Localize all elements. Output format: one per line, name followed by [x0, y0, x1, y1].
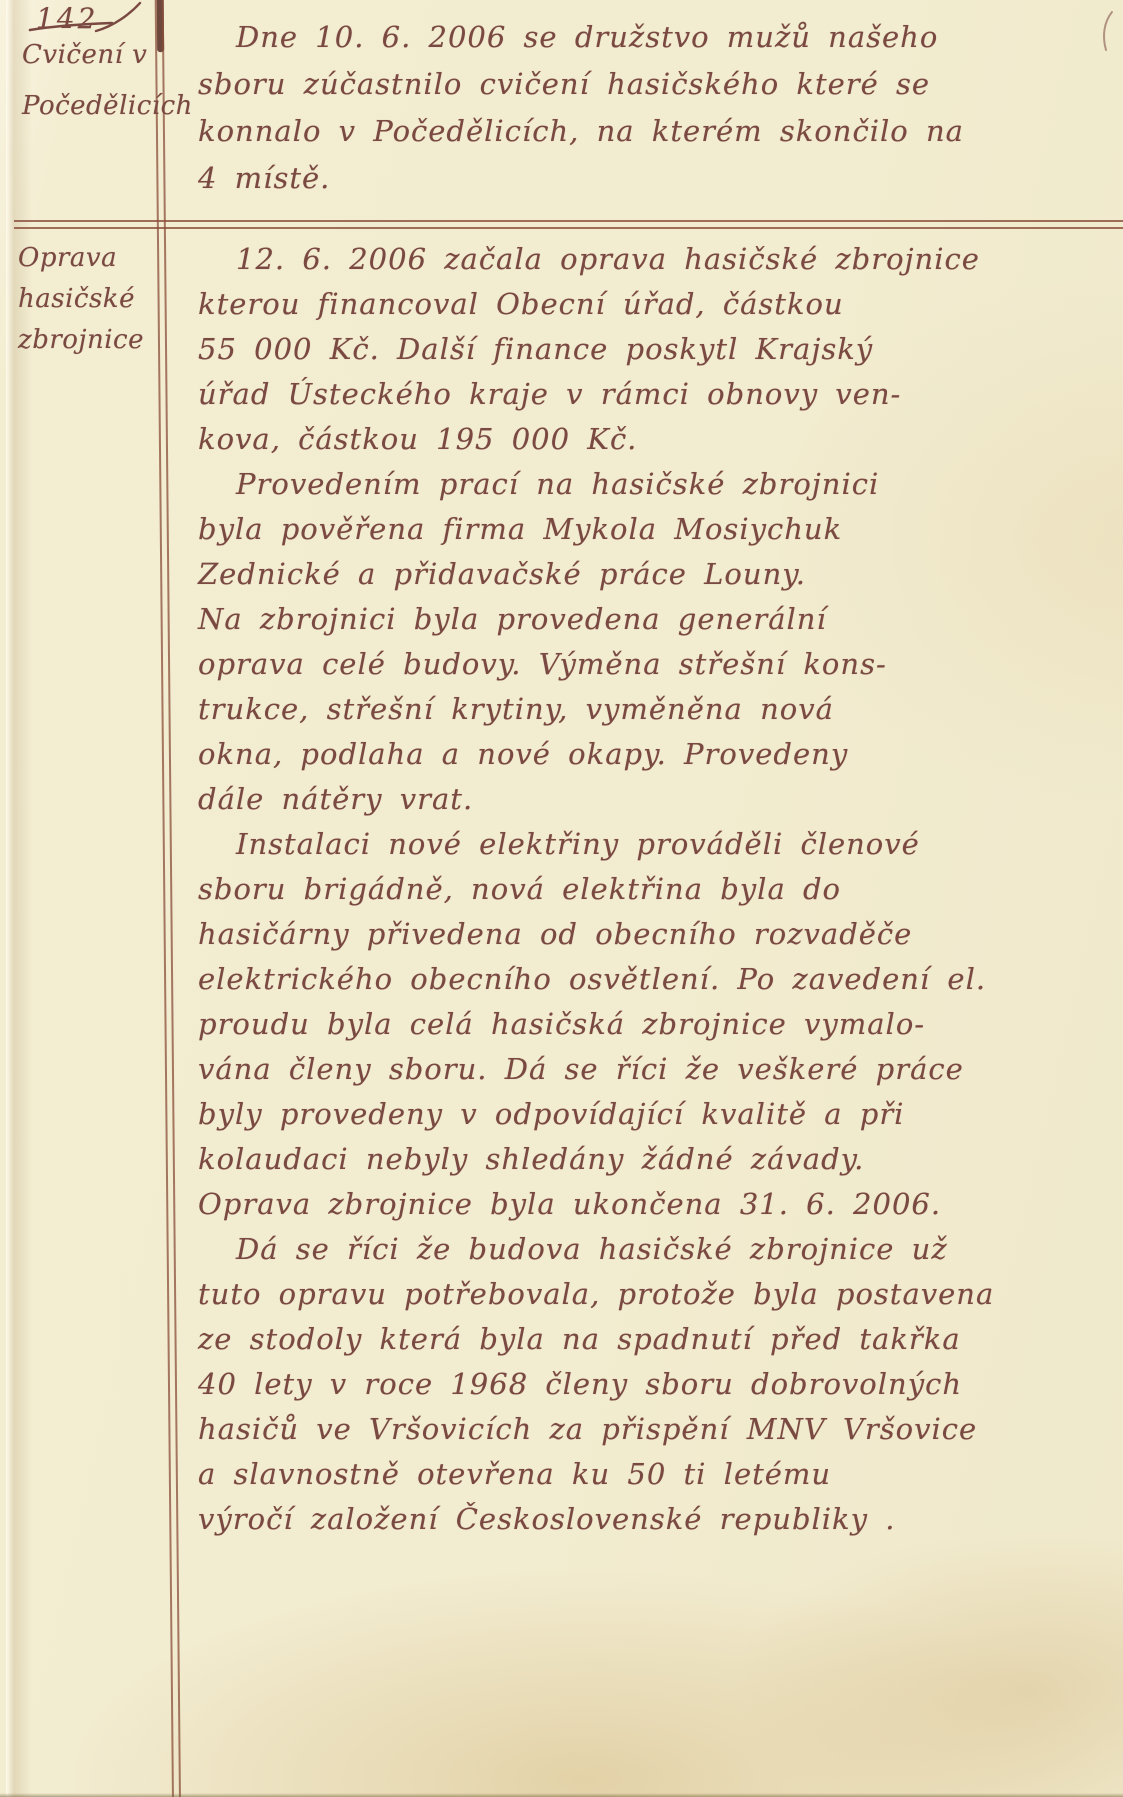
text-line: sboru brigádně, nová elektřina byla do: [198, 867, 1123, 912]
margin-note-line: Cvičení v: [22, 30, 193, 81]
text-line: dále nátěry vrat.: [198, 777, 1123, 822]
text-line: vána členy sboru. Dá se říci že veškeré …: [198, 1047, 1123, 1092]
text-line: 55 000 Kč. Další finance poskytl Krajský: [198, 327, 1123, 372]
text-line: hasičů ve Vršovicích za přispění MNV Vrš…: [198, 1407, 1123, 1452]
entry-oprava-zbrojnice: 12. 6. 2006 začala oprava hasičské zbroj…: [198, 237, 1123, 1542]
section-divider: [14, 220, 1123, 229]
text-line: 4 místě.: [198, 155, 1123, 202]
text-line: oprava celé budovy. Výměna střešní kons-: [198, 642, 1123, 687]
text-line: výročí založení Československé republiky…: [198, 1497, 1123, 1542]
text-line: byly provedeny v odpovídající kvalitě a …: [198, 1092, 1123, 1137]
text-line: proudu byla celá hasičská zbrojnice vyma…: [198, 1002, 1123, 1047]
entry-cviceni: Dne 10. 6. 2006 se družstvo mužů našeho …: [198, 14, 1123, 202]
text-line: Oprava zbrojnice byla ukončena 31. 6. 20…: [198, 1182, 1123, 1227]
margin-note-cviceni: Cvičení v Počedělicích: [22, 30, 193, 132]
margin-note-line: Počedělicích: [22, 81, 193, 132]
margin-column-rule: [155, 0, 181, 1797]
text-line: Na zbrojnici byla provedena generální: [198, 597, 1123, 642]
text-line: sboru zúčastnilo cvičení hasičského kter…: [198, 61, 1123, 108]
text-line: elektrického obecního osvětlení. Po zave…: [198, 957, 1123, 1002]
text-line: byla pověřena firma Mykola Mosiychuk: [198, 507, 1123, 552]
text-line: Zednické a přidavačské práce Louny.: [198, 552, 1123, 597]
text-line: okna, podlaha a nové okapy. Provedeny: [198, 732, 1123, 777]
paper-bottom-edge: [0, 1793, 1123, 1797]
text-line: kolaudaci nebyly shledány žádné závady.: [198, 1137, 1123, 1182]
text-line: trukce, střešní krytiny, vyměněna nová: [198, 687, 1123, 732]
page-number-underline: [26, 0, 146, 34]
text-line: konnalo v Počedělicích, na kterém skonči…: [198, 108, 1123, 155]
margin-note-line: hasičské: [18, 279, 144, 320]
text-line: Dá se říci že budova hasičské zbrojnice …: [198, 1227, 1123, 1272]
chronicle-page: 142 Cvičení v Počedělicích Dne 10. 6. 20…: [0, 0, 1123, 1797]
text-line: kterou financoval Obecní úřad, částkou: [198, 282, 1123, 327]
text-line: 12. 6. 2006 začala oprava hasičské zbroj…: [198, 237, 1123, 282]
margin-note-line: Oprava: [18, 238, 144, 279]
text-line: Dne 10. 6. 2006 se družstvo mužů našeho: [198, 14, 1123, 61]
text-line: kova, částkou 195 000 Kč.: [198, 417, 1123, 462]
text-line: Provedením prací na hasičské zbrojnici: [198, 462, 1123, 507]
text-line: 40 lety v roce 1968 členy sboru dobrovol…: [198, 1362, 1123, 1407]
text-line: hasičárny přivedena od obecního rozvaděč…: [198, 912, 1123, 957]
text-line: úřad Ústeckého kraje v rámci obnovy ven-: [198, 372, 1123, 417]
text-line: ze stodoly která byla na spadnutí před t…: [198, 1317, 1123, 1362]
text-line: a slavnostně otevřena ku 50 ti letému: [198, 1452, 1123, 1497]
text-line: Instalaci nové elektřiny prováděli členo…: [198, 822, 1123, 867]
text-line: tuto opravu potřebovala, protože byla po…: [198, 1272, 1123, 1317]
margin-note-oprava: Oprava hasičské zbrojnice: [18, 238, 144, 361]
margin-note-line: zbrojnice: [18, 320, 144, 361]
